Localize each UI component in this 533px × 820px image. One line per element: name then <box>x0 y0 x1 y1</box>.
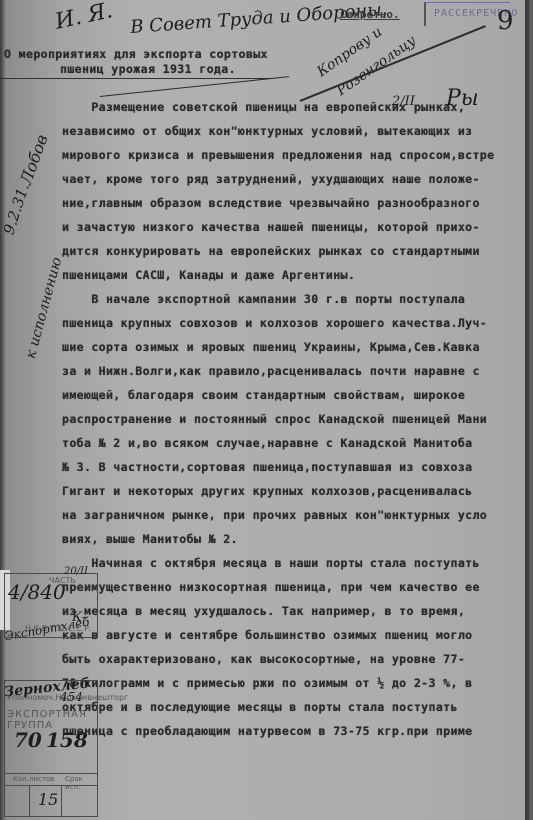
document-heading-line-1: О мероприятиях для экспорта сортовых <box>4 47 268 61</box>
body-line: за и Нижн.Волги,как правило,расценивалас… <box>62 364 480 378</box>
handwritten-initials: И. Я. <box>53 0 115 35</box>
body-line: пшеницами САСШ, Канады и даже Аргентины. <box>62 268 355 282</box>
margin-number: 454 <box>60 690 83 704</box>
stamp-handwritten-date: 20/II <box>64 566 88 577</box>
ink-loop <box>100 76 289 97</box>
stamp-registry-number: 158 <box>46 728 88 752</box>
body-line: октябре и в последующие месяцы в порты с… <box>62 700 458 714</box>
margin-name-note: Лобов <box>16 132 52 187</box>
page-number: 9 <box>497 6 514 36</box>
body-line: пшеница крупных совхозов и колхозов хоро… <box>62 316 487 330</box>
classification-label: Секретно. <box>340 8 400 21</box>
body-line: В начале экспортной кампании 30 г.в порт… <box>62 292 465 306</box>
body-line: имеющей, благодаря своим стандартным сво… <box>62 388 465 402</box>
body-line: из месяца в месяц ухудшалось. Так наприм… <box>62 604 465 618</box>
body-line: независимо от общих кон"юнктурных услови… <box>62 124 472 138</box>
stamp-divider <box>61 785 62 816</box>
body-line: на заграничном рынке, при прочих равных … <box>62 508 487 522</box>
body-line: распространение и постоянный спрос Канад… <box>62 412 487 426</box>
body-line: мирового кризиса и превышения предложени… <box>62 148 494 162</box>
body-line: как в августе и сентябре большинство ози… <box>62 628 472 642</box>
stamp-col-sheets: Кол.листов <box>13 775 54 783</box>
body-line: виях, выше Манитобы № 2. <box>62 532 238 546</box>
body-line: чает, кроме того ряд затруднений, ухудша… <box>62 172 480 186</box>
document-heading-line-2: пшениц урожая 1931 года. <box>60 62 236 76</box>
body-line: тоба № 2 и,во всяком случае,наравне с Ка… <box>62 436 472 450</box>
scanned-document-page: И. Я. В Совет Труда и Обороны, Секретно.… <box>0 0 529 820</box>
body-line: № 3. В частности,сортовая пшеница,поступ… <box>62 460 472 474</box>
stamp-col-term: Срок исп. <box>65 775 97 791</box>
stamp-handwritten-number: 4/840 <box>8 580 66 604</box>
body-line: быть охарактеризовано, как высокосортные… <box>62 652 465 666</box>
stamp-divider <box>29 785 30 816</box>
stamp-divider <box>5 773 97 774</box>
body-line: Размещение советской пшеницы на европейс… <box>62 100 465 114</box>
stamp-divider <box>5 785 97 786</box>
body-line: и зачастую низкого качества нашей пшениц… <box>62 220 480 234</box>
stamp-incoming-number: 70 <box>14 728 42 752</box>
body-line: дится конкурировать на европейских рынка… <box>62 244 480 258</box>
heading-underline <box>0 78 272 79</box>
body-line: шие сорта озимых и яровых пшениц Украины… <box>62 340 480 354</box>
body-line: 78 килограмм и с примесью ржи по озимым … <box>62 676 472 690</box>
body-line: Начиная с октября месяца в наши порты ст… <box>62 556 480 570</box>
body-line: ние,главным образом вследствие чрезвычай… <box>62 196 480 210</box>
page-edge <box>525 0 529 820</box>
body-line: преимущественно низкосортная пшеница, пр… <box>62 580 480 594</box>
stamp-sheets-value: 15 <box>38 790 58 809</box>
margin-scribble: к исполнению <box>23 256 65 361</box>
body-line: Гигант и некоторых других крупных колхоз… <box>62 484 472 498</box>
body-line: пшеница с преобладающим натурвесом в 73-… <box>62 724 472 738</box>
